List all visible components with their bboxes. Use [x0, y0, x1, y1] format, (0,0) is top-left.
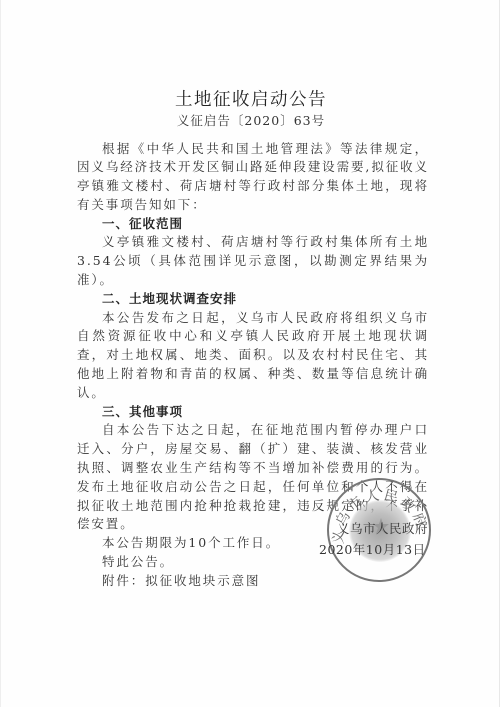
issue-date: 2020年10月13日 [319, 540, 426, 558]
section-content-survey: 本公告发布之日起，义乌市人民政府将组织义乌市自然资源征收中心和义亭镇人民政府开展… [77, 309, 429, 403]
section-heading-scope: 一、征收范围 [77, 215, 429, 234]
document-title: 土地征收启动公告 [1, 86, 500, 111]
section-content-scope: 义亭镇雅文楼村、荷店塘村等行政村集体所有土地3.54公顷（具体范围详见示意图，以… [77, 233, 429, 289]
section-heading-other: 三、其他事项 [77, 403, 429, 422]
issuer-name: 义乌市人民政府 [337, 519, 428, 537]
intro-paragraph: 根据《中华人民共和国土地管理法》等法律规定，因义乌经济技术开发区铜山路延伸段建设… [77, 140, 429, 215]
document-number: 义征启告〔2020〕63号 [1, 111, 500, 129]
section-heading-survey: 二、土地现状调查安排 [77, 290, 429, 309]
document-page: 土地征收启动公告 义征启告〔2020〕63号 根据《中华人民共和国土地管理法》等… [0, 0, 500, 707]
